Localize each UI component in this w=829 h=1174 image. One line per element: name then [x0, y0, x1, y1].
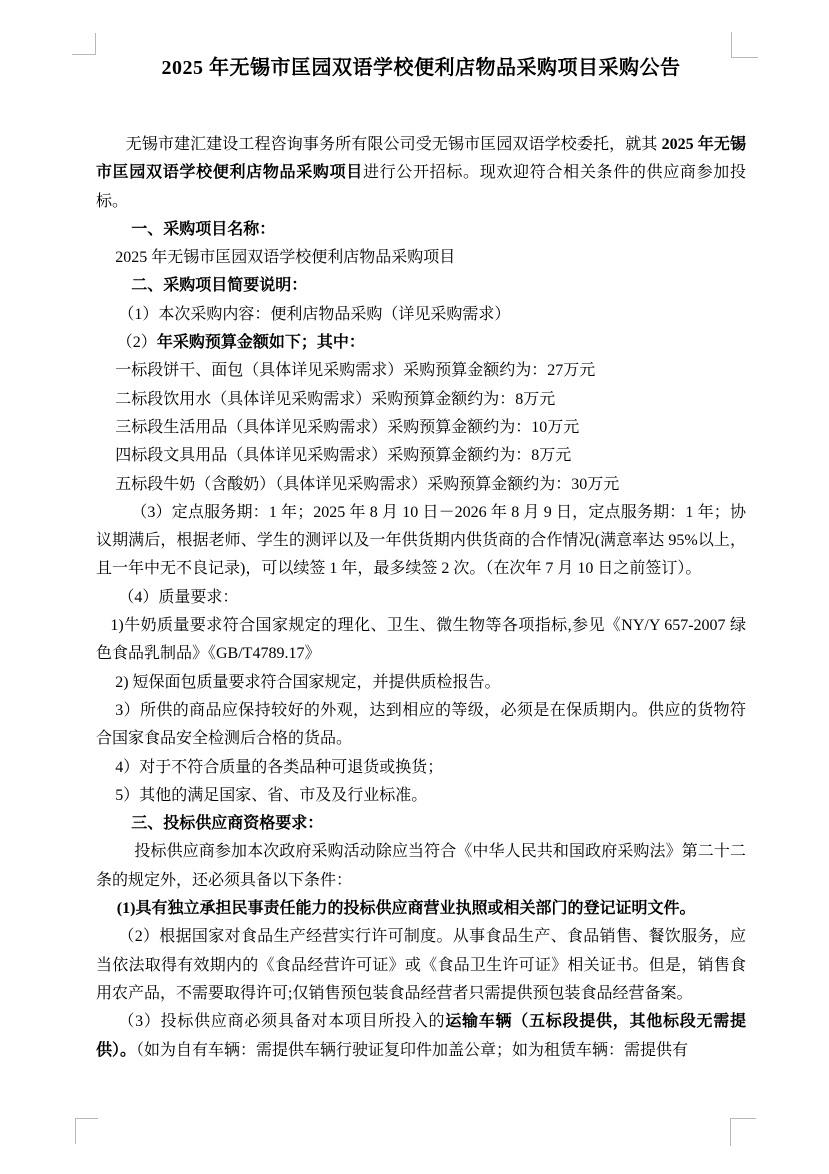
quality-item-4: 4）对于不符合质量的各类品种可退货或换货； [96, 754, 746, 782]
intro-run-1: 无锡市建汇建设工程咨询事务所有限公司受无锡市匡园双语学校委托，就其 [126, 136, 662, 153]
crop-mark-bottom-right [730, 1118, 756, 1146]
quality-item-5: 5）其他的满足国家、省、市及及行业标准。 [96, 782, 746, 810]
document-body: 2025 年无锡市匡园双语学校便利店物品采购项目采购公告 无锡市建汇建设工程咨询… [96, 0, 746, 1065]
quality-item-2: 2) 短保面包质量要求符合国家规定，并提供质检报告。 [96, 669, 746, 697]
budget-heading-prefix: （2） [117, 334, 157, 351]
budget-line-5: 五标段牛奶（含酸奶）（具体详见采购需求）采购预算金额约为：30万元 [96, 471, 746, 499]
section3-heading: 三、投标供应商资格要求： [96, 810, 746, 838]
requirement-1-paragraph: (1)具有独立承担民事责任能力的投标供应商营业执照或相关部门的登记证明文件。 [96, 895, 746, 923]
quality-heading-line: （4）质量要求： [96, 584, 746, 612]
project-name-line: 2025 年无锡市匡园双语学校便利店物品采购项目 [96, 244, 746, 272]
crop-mark-top-left [72, 33, 96, 55]
requirement-2-paragraph: （2）根据国家对食品生产经营实行许可制度。从事食品生产、食品销售、餐饮服务，应当… [96, 923, 746, 1008]
quality-item-3: 3）所供的商品应保持较好的外观，达到相应的等级，必须是在保质期内。供应的货物符合… [96, 697, 746, 754]
budget-line-3: 三标段生活用品（具体详见采购需求）采购预算金额约为：10万元 [96, 414, 746, 442]
section1-heading: 一、采购项目名称： [96, 216, 746, 244]
budget-heading-line: （2）年采购预算金额如下；其中： [96, 329, 746, 357]
purchase-content-line: （1）本次采购内容：便利店物品采购（详见采购需求） [96, 301, 746, 329]
requirement-3-paragraph: （3）投标供应商必须具备对本项目所投入的运输车辆（五标段提供，其他标段无需提供）… [96, 1008, 746, 1065]
crop-mark-bottom-left [75, 1118, 98, 1144]
section2-heading: 二、采购项目简要说明： [96, 272, 746, 300]
qualification-intro-paragraph: 投标供应商参加本次政府采购活动除应当符合《中华人民共和国政府采购法》第二十二条的… [96, 838, 746, 895]
budget-line-2: 二标段饮用水（具体详见采购需求）采购预算金额约为：8万元 [96, 386, 746, 414]
document-title: 2025 年无锡市匡园双语学校便利店物品采购项目采购公告 [96, 53, 746, 83]
quality-item-1: 1)牛奶质量要求符合国家规定的理化、卫生、微生物等各项指标,参见《NY/Y 65… [96, 612, 746, 669]
budget-line-1: 一标段饼干、面包（具体详见采购需求）采购预算金额约为：27万元 [96, 357, 746, 385]
requirement-3-run-1: （3）投标供应商必须具备对本项目所投入的 [118, 1013, 445, 1030]
budget-heading-bold: 年采购预算金额如下；其中： [157, 334, 365, 351]
service-period-paragraph: （3）定点服务期：1 年；2025 年 8 月 10 日－2026 年 8 月 … [96, 499, 746, 584]
intro-paragraph: 无锡市建汇建设工程咨询事务所有限公司受无锡市匡园双语学校委托，就其 2025 年… [96, 131, 746, 216]
document-page: { "page": { "title": "2025 年无锡市匡园双语学校便利店… [0, 0, 829, 1174]
requirement-3-run-3: （如为自有车辆：需提供车辆行驶证复印件加盖公章；如为租赁车辆：需提供有 [136, 1042, 688, 1059]
budget-line-4: 四标段文具用品（具体详见采购需求）采购预算金额约为：8万元 [96, 442, 746, 470]
